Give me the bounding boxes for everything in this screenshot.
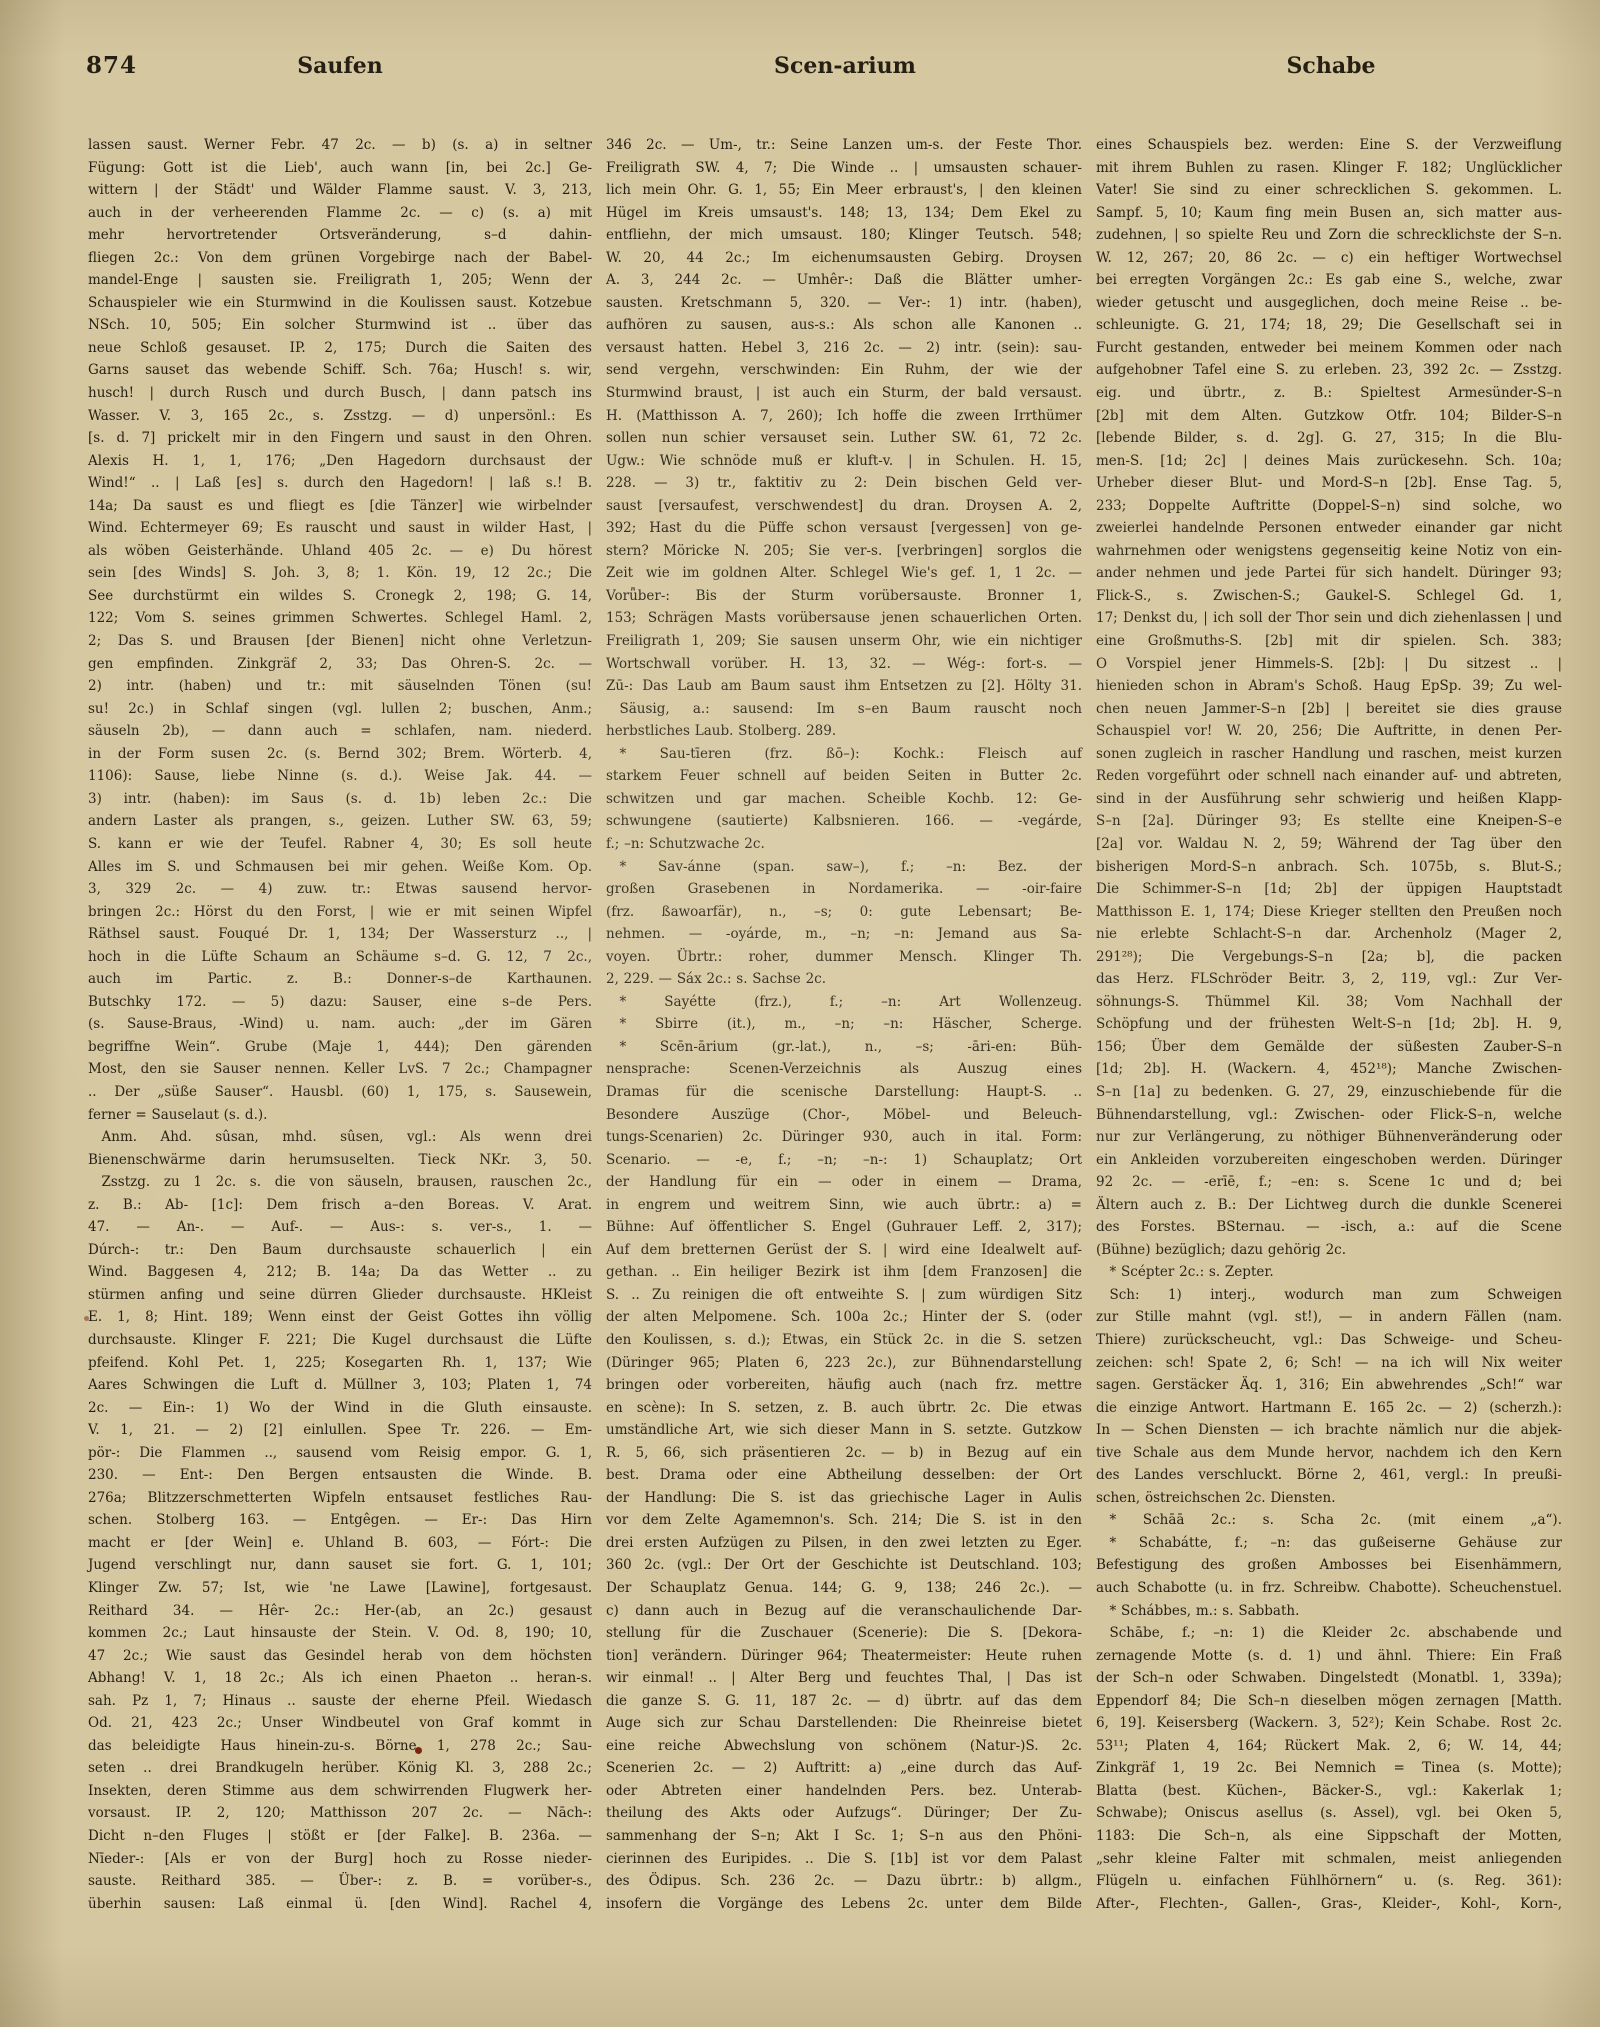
text-line: hoch in die Lüfte Schaum an Schäume s–d.… [88,946,592,969]
text-line: Wortschwall vorüber. H. 13, 32. — Wég-: … [606,653,1082,676]
text-line: pör-: Die Flammen .., sausend vom Reisig… [88,1442,592,1465]
text-line: Furcht gestanden, entweder bei meinem Ko… [1096,337,1562,360]
text-line: Eppendorf 84; Die Sch–n dieselben mögen … [1096,1690,1562,1713]
text-line: (s. Sause-Braus, -Wind) u. nam. auch: „d… [88,1013,592,1036]
text-line: sein [des Winds] S. Joh. 3, 8; 1. Kön. 1… [88,562,592,585]
text-line: die ganze S. G. 11, 187 2c. — d) übrtr. … [606,1690,1082,1713]
text-line: bringen oder vorbereiten, häufig auch (n… [606,1374,1082,1397]
text-line: S–n [1a] zu bedenken. G. 27, 29, einzusc… [1096,1081,1562,1104]
text-line: Zū-: Das Laub am Baum saust ihm Entsetze… [606,675,1082,698]
text-line: schen, östreichschen 2c. Diensten. [1096,1487,1562,1510]
text-line: Ugw.: Wie schnöde muß er kluft-v. | in S… [606,450,1082,473]
text-line: S. kann er wie der Teufel. Rabner 4, 30;… [88,833,592,856]
text-line: das Herz. FLSchröder Beitr. 3, 2, 119, v… [1096,968,1562,991]
text-line: nensprache: Scenen-Verzeichnis als Auszu… [606,1058,1082,1081]
text-line: Anm. Ahd. sûsan, mhd. sûsen, vgl.: Als w… [88,1126,592,1149]
text-line: * Schábbes, m.: s. Sabbath. [1096,1600,1562,1623]
text-line: überhin sausen: Laß einmal ü. [den Wind]… [88,1893,592,1916]
text-line: Freiligrath 1, 209; Sie sausen unserm Oh… [606,630,1082,653]
text-line: W. 12, 267; 20, 86 2c. — c) ein heftiger… [1096,247,1562,270]
text-line: Ältern auch z. B.: Der Lichtweg durch di… [1096,1194,1562,1217]
text-line: sammenhang der S–n; Akt I Sc. 1; S–n aus… [606,1825,1082,1848]
text-column-1: lassen saust. Werner Febr. 47 2c. — b) (… [88,134,592,1915]
guide-word-right: Schabe [1287,53,1376,79]
text-line: nehmen. — -oyárde, m., –n; –n: Jemand au… [606,923,1082,946]
text-line: bisherigen Mord-S–n anbrach. Sch. 1075b,… [1096,856,1562,879]
text-line: 6, 19]. Keisersberg (Wackern. 3, 52²); K… [1096,1712,1562,1735]
text-line: sauste. Reithard 385. — Über-: z. B. = v… [88,1870,592,1893]
text-line: [lebende Bilder, s. d. 2g]. G. 27, 315; … [1096,427,1562,450]
text-line: gen empfinden. Zinkgräf 2, 33; Das Ohren… [88,653,592,676]
text-line: stürmen anfing und seine dürren Glieder … [88,1284,592,1307]
text-line: versaust hatten. Hebel 3, 216 2c. — 2) i… [606,337,1082,360]
text-line: See durchstürmt ein wildes S. Cronegk 2,… [88,585,592,608]
text-line: eine Großmuths-S. [2b] mit dir spielen. … [1096,630,1562,653]
text-line: NSch. 10, 505; Ein solcher Sturmwind ist… [88,314,592,337]
text-line: des Forstes. BSternau. — -isch, a.: auf … [1096,1216,1562,1239]
text-line: Dúrch-: tr.: Den Baum durchsauste schaue… [88,1239,592,1262]
text-line: mandel-Enge | sausten sie. Freiligrath 1… [88,269,592,292]
text-line: wahrnehmen oder wenigstens gegenseitig k… [1096,540,1562,563]
running-head: 874 Saufen Scen-arium Schabe [0,52,1600,86]
text-line: Blatta (best. Küchen-, Bäcker-S., vgl.: … [1096,1780,1562,1803]
text-line: der Handlung für ein — oder in einem — D… [606,1171,1082,1194]
text-line: sausten. Kretschmann 5, 320. — Ver-: 1) … [606,292,1082,315]
text-line: (Bühne) bezüglich; dazu gehörig 2c. [1096,1239,1562,1262]
text-line: die einzige Antwort. Hartmann E. 165 2c.… [1096,1397,1562,1420]
text-line: 1183: Die Sch–n, als eine Sippschaft der… [1096,1825,1562,1848]
text-line: lich mein Ohr. G. 1, 55; Ein Meer erbrau… [606,179,1082,202]
text-line: aufgehobner Tafel eine S. zu erleben. 23… [1096,359,1562,382]
text-line: 360 2c. (vgl.: Der Ort der Geschichte is… [606,1554,1082,1577]
text-line: en scène): In S. setzen, z. B. auch übrt… [606,1397,1082,1420]
text-line: Wind. Echtermeyer 69; Es rauscht und sau… [88,517,592,540]
text-line: auch Schabotte (u. in frz. Schreibw. Cha… [1096,1577,1562,1600]
text-line: 153; Schrägen Masts vorübersause jenen s… [606,607,1082,630]
text-column-3: eines Schauspiels bez. werden: Eine S. d… [1096,134,1562,1915]
text-line: des Landes verschluckt. Börne 2, 461, ve… [1096,1464,1562,1487]
text-line: zernagende Motte (s. d. 1) und ähnl. Thi… [1096,1645,1562,1668]
text-line: 228. — 3) tr., faktitiv zu 2: Dein bisch… [606,472,1082,495]
text-line: * Scēn-ārium (gr.-lat.), n., –s; -āri-en… [606,1036,1082,1059]
text-line: eine reiche Abwechslung von schönem (Nat… [606,1735,1082,1758]
text-line: E. 1, 8; Hint. 189; Wenn einst der Geist… [88,1306,592,1329]
text-line: tion] verändern. Düringer 964; Theaterme… [606,1645,1082,1668]
text-line: 2; Das S. und Brausen [der Bienen] nicht… [88,630,592,653]
text-line: durchsauste. Klinger F. 221; Die Kugel d… [88,1329,592,1352]
text-line: Sampf. 5, 10; Kaum fing mein Busen an, s… [1096,202,1562,225]
text-line: gethan. .. Ein heiliger Bezirk ist ihm [… [606,1261,1082,1284]
text-line: tive Schale aus dem Munde hervor, nachde… [1096,1442,1562,1465]
text-line: Butschky 172. — 5) dazu: Sauser, eine s–… [88,991,592,1014]
text-line: stern? Möricke N. 205; Sie ver-s. [verbr… [606,540,1082,563]
text-line: Schwabe); Oniscus asellus (s. Assel), vg… [1096,1802,1562,1825]
text-line: [2a] vor. Waldau N. 2, 59; Während der T… [1096,833,1562,856]
text-line: Bühne: Auf öffentlicher S. Engel (Guhrau… [606,1216,1082,1239]
text-line: Dramas für die scenische Darstellung: Ha… [606,1081,1082,1104]
text-line: Zsstzg. zu 1 2c. s. die von säuseln, bra… [88,1171,592,1194]
text-line: Auge sich zur Schau Darstellenden: Die R… [606,1712,1082,1735]
text-line: sah. Pz 1, 7; Hinaus .. sauste der ehern… [88,1690,592,1713]
text-line: umständliche Art, wie sich dieser Mann i… [606,1419,1082,1442]
text-line: Reden vorgeführt oder schnell nach einan… [1096,765,1562,788]
text-line: fliegen 2c.: Von dem grünen Vorgebirge n… [88,247,592,270]
text-line: bei erregten Vorgängen 2c.: Es gab eine … [1096,269,1562,292]
text-line: Most, den sie Sauser nennen. Keller LvS.… [88,1058,592,1081]
text-line: Alles im S. und Schmausen bei mir gehen.… [88,856,592,879]
text-line: Schauspieler wie ein Sturmwind in die Ko… [88,292,592,315]
text-line: Wind!“ .. | Laß [es] s. durch den Hagedo… [88,472,592,495]
text-line: als wöben Geisterhände. Uhland 405 2c. —… [88,540,592,563]
text-line: neue Schloß gesauset. IP. 2, 175; Durch … [88,337,592,360]
guide-word-center: Scen-arium [774,53,916,79]
text-line: In — Schen Diensten — ich brachte nämlic… [1096,1419,1562,1442]
text-line: nur zur Verlängerung, zu nöthiger Bühnen… [1096,1126,1562,1149]
text-line: (Düringer 965; Platen 6, 223 2c.), zur B… [606,1352,1082,1375]
text-line: Fügung: Gott ist die Lieb', auch wann [i… [88,157,592,180]
text-line: Sturmwind braust, | ist auch ein Sturm, … [606,382,1082,405]
text-line: * Schāā 2c.: s. Scha 2c. (mit einem „a“)… [1096,1509,1562,1532]
text-line: Zeit wie im goldnen Alter. Schlegel Wie'… [606,562,1082,585]
text-line: schleunigte. G. 21, 174; 18, 29; Die Ges… [1096,314,1562,337]
text-line: Hügel im Kreis umsaust's. 148; 13, 134; … [606,202,1082,225]
text-line: * Schabátte, f.; –n: das gußeiserne Gehä… [1096,1532,1562,1555]
text-line: sind in der Ausführung sehr schwierig un… [1096,788,1562,811]
text-line: 2c. — Ein-: 1) Wo der Wind in die Gluth … [88,1397,592,1420]
guide-word-left: Saufen [297,53,383,79]
text-line: chen neuen Jammer-S–n [2b] | bereitet si… [1096,698,1562,721]
text-line: * Sau-tīeren (frz. ßō–): Kochk.: Fleisch… [606,743,1082,766]
text-line: sollen nun schier versauset sein. Luther… [606,427,1082,450]
text-line: das beleidigte Haus hinein-zu-s. Börne 1… [88,1735,592,1758]
text-line: 2, 229. — Sáx 2c.: s. Sachse 2c. [606,968,1082,991]
text-line: mehr hervortretender Ortsveränderung, s–… [88,224,592,247]
text-line: * Sayétte (frz.), f.; –n: Art Wollenzeug… [606,991,1082,1014]
text-line: Sch: 1) interj., wodurch man zum Schweig… [1096,1284,1562,1307]
text-line: 3, 329 2c. — 4) zuw. tr.: Etwas sausend … [88,878,592,901]
text-line: Vater! Sie sind zu einer schrecklichen S… [1096,179,1562,202]
text-line: Wasser. V. 3, 165 2c., s. Zsstzg. — d) u… [88,405,592,428]
text-line: eig. und übrtr., z. B.: Spieltest Armesü… [1096,382,1562,405]
text-line: 1106): Sause, liebe Ninne (s. d.). Weise… [88,765,592,788]
text-line: W. 20, 44 2c.; Im eichenumsausten Gebirg… [606,247,1082,270]
text-line: drei ersten Aufzügen zu Pilsen, in den z… [606,1532,1082,1555]
text-column-2: 346 2c. — Um-, tr.: Seine Lanzen um-s. d… [606,134,1082,1915]
text-line: S. .. Zu reinigen die oft entweihte S. |… [606,1284,1082,1307]
text-line: der alten Melpomene. Sch. 100a 2c.; Hint… [606,1306,1082,1329]
text-line: Scenario. — -e, f.; –n; –n-: 1) Schaupla… [606,1149,1082,1172]
text-line: lassen saust. Werner Febr. 47 2c. — b) (… [88,134,592,157]
text-line: Zinkgräf 1, 19 2c. Bei Nemnich = Tinea (… [1096,1757,1562,1780]
text-line: Garns sauset das webende Schiff. Sch. 76… [88,359,592,382]
text-line: schwungene (sautierte) Kalbsnieren. 166.… [606,810,1082,833]
text-line: (frz. ßawoarfär), n., –s; 0: gute Lebens… [606,901,1082,924]
text-line: husch! | durch Rusch und durch Busch, | … [88,382,592,405]
text-line: Abhang! V. 1, 18 2c.; Als ich einen Phae… [88,1667,592,1690]
text-line: z. B.: Ab- [1c]: Dem frisch a–den Boreas… [88,1194,592,1217]
text-line: 122; Vom S. seines grimmen Schwertes. Sc… [88,607,592,630]
text-line: Nīeder-: [Als er von der Burg] hoch zu R… [88,1848,592,1871]
text-line: andern Laster als prangen, s., geizen. L… [88,810,592,833]
text-line: [1d; 2b]. H. (Wackern. 4, 452¹⁸); Manche… [1096,1058,1562,1081]
text-line: Befestigung des großen Ambosses bei Eise… [1096,1554,1562,1577]
text-line: wieder getuscht und ausgeglichen, doch m… [1096,292,1562,315]
text-line: c) dann auch in Bezug auf die veranschau… [606,1600,1082,1623]
text-line: 233; Doppelte Auftritte (Doppel-S–n) sin… [1096,495,1562,518]
text-line: theilung des Akts oder Aufzugs“. Düringe… [606,1802,1082,1825]
text-line: ferner = Sauselaut (s. d.). [88,1104,592,1127]
text-line: Schābe, f.; –n: 1) die Kleider 2c. absch… [1096,1622,1562,1645]
text-line: macht er [der Wein] e. Uhland B. 603, — … [88,1532,592,1555]
text-line: auch in der verheerenden Flamme 2c. — c)… [88,202,592,225]
text-line: Jugend verschlingt nur, dann sauset sie … [88,1554,592,1577]
text-line: 92 2c. — -erīē, f.; –en: s. Scene 1c und… [1096,1171,1562,1194]
text-line: f.; –n: Schutzwache 2c. [606,833,1082,856]
text-line: 53¹¹; Platen 4, 164; Rückert Mak. 2, 6; … [1096,1735,1562,1758]
text-line: After-, Flechten-, Gallen-, Gras-, Kleid… [1096,1893,1562,1916]
text-line: Od. 21, 423 2c.; Unser Windbeutel von Gr… [88,1712,592,1735]
text-line: großen Grasebenen in Nordamerika. — -oir… [606,878,1082,901]
text-line: der Handlung: Die S. ist das griechische… [606,1487,1082,1510]
text-line: pfeifend. Kohl Pet. 1, 225; Kosegarten R… [88,1352,592,1375]
text-line: ein Ankleiden vorzubereiten eingeschoben… [1096,1149,1562,1172]
text-line: Urheber dieser Blut- und Mord-S–n [2b]. … [1096,472,1562,495]
text-line: söhnungs-S. Thümmel Kil. 38; Vom Nachhal… [1096,991,1562,1014]
text-line: 2) intr. (haben) und tr.: mit säuselnden… [88,675,592,698]
text-line: V. 1, 21. — 2) [2] einlullen. Spee Tr. 2… [88,1419,592,1442]
text-line: 47 2c.; Wie saust das Gesindel herab von… [88,1645,592,1668]
text-line: H. (Matthisson A. 7, 260); Ich hoffe die… [606,405,1082,428]
text-line: hienieden schon in Abram's Schoß. Haug E… [1096,675,1562,698]
text-line: send vergehn, verschwinden: Ein Ruhm, de… [606,359,1082,382]
text-line: nie erlebte Schlacht-S–n dar. Archenholz… [1096,923,1562,946]
text-line: O Vorspiel jener Himmels-S. [2b]: | Du s… [1096,653,1562,676]
text-line: zur Stille mahnt (vgl. st!), — in andern… [1096,1306,1562,1329]
text-line: Bienenschwärme darin herumsuselten. Tiec… [88,1149,592,1172]
text-line: Matthisson E. 1, 174; Diese Krieger stel… [1096,901,1562,924]
text-line: voyen. Übrtr.: roher, dummer Mensch. Kli… [606,946,1082,969]
ink-speck [84,1316,89,1321]
text-line: der Sch–n oder Schwaben. Dingelstedt (Mo… [1096,1667,1562,1690]
text-line: Thiere) zurückscheucht, vgl.: Das Schwei… [1096,1329,1562,1352]
text-line: Reithard 34. — Hêr- 2c.: Her-(ab, an 2c.… [88,1600,592,1623]
text-line: Die Schimmer-S–n [1d; 2b] der üppigen Ha… [1096,878,1562,901]
text-line: men-S. [1d; 2c] | deines Mais zurückeseh… [1096,450,1562,473]
text-line: * Sav-ánne (span. saw–), f.; –n: Bez. de… [606,856,1082,879]
text-line: oder Abtreten einer handelnden Pers. bez… [606,1780,1082,1803]
text-line: Scenerien 2c. — 2) Auftritt: a) „eine du… [606,1757,1082,1780]
text-line: bringen 2c.: Hörst du den Forst, | wie e… [88,901,592,924]
text-line: 17; Denkst du, | ich soll der Thor sein … [1096,607,1562,630]
text-line: Schauspiel vor! W. 20, 256; Die Auftritt… [1096,720,1562,743]
text-line: des Ödipus. Sch. 236 2c. — Dazu übrtr.: … [606,1870,1082,1893]
text-line: 291²⁸); Die Vergebungs-S–n [2a; b], die … [1096,946,1562,969]
text-line: zudehnen, | so spielte Reu und Zorn die … [1096,224,1562,247]
text-line: Dicht n–den Fluges | stößt er [der Falke… [88,1825,592,1848]
text-line: Aares Schwingen die Luft d. Müllner 3, 1… [88,1374,592,1397]
text-line: cierinnen des Euripides. .. Die S. [1b] … [606,1848,1082,1871]
text-line: Der Schauplatz Genua. 144; G. 9, 138; 24… [606,1577,1082,1600]
text-line: A. 3, 244 2c. — Umhêr-: Daß die Blätter … [606,269,1082,292]
text-line: seten .. drei Brandkugeln herüber. König… [88,1757,592,1780]
text-line: Bühnendarstellung, vgl.: Zwischen- oder … [1096,1104,1562,1127]
text-line: kommen 2c.; Laut hinsauste der Stein. V.… [88,1622,592,1645]
text-line: entfliehn, der mich umsaust. 180; Klinge… [606,224,1082,247]
text-line: best. Drama oder eine Abtheilung desselb… [606,1464,1082,1487]
text-line: schen. Stolberg 163. — Entgêgen. — Er-: … [88,1509,592,1532]
text-line: ander nehmen und jede Partei für sich ha… [1096,562,1562,585]
text-line: 346 2c. — Um-, tr.: Seine Lanzen um-s. d… [606,134,1082,157]
ink-speck [415,1747,422,1754]
text-line: S–n [2a]. Düringer 93; Es stellte eine K… [1096,810,1562,833]
text-line: begriffne Wein“. Grube (Maje 1, 444); De… [88,1036,592,1059]
text-line: zweierlei handelnde Personen entweder ei… [1096,517,1562,540]
text-line: Säusig, a.: sausend: Im s–en Baum rausch… [606,698,1082,721]
text-line: Besondere Auszüge (Chor-, Möbel- und Bel… [606,1104,1082,1127]
text-line: sonen zugleich in rascher Handlung und r… [1096,743,1562,766]
text-line: 47. — An-. — Auf-. — Aus-: s. ver-s., 1.… [88,1216,592,1239]
text-line: starkem Feuer schnell auf beiden Seiten … [606,765,1082,788]
text-line: saust [versaufest, verschwendest] du dra… [606,495,1082,518]
text-line: .. Der „süße Sauser“. Hausbl. (60) 1, 17… [88,1081,592,1104]
text-line: 156; Über dem Gemälde der süßesten Zaube… [1096,1036,1562,1059]
text-line: * Sbirre (it.), m., –n; –n: Häscher, Sch… [606,1013,1082,1036]
text-line: Wind. Baggesen 4, 212; B. 14a; Da das We… [88,1261,592,1284]
text-line: Klinger Zw. 57; Ist, wie 'ne Lawe [Lawin… [88,1577,592,1600]
text-line: R. 5, 66, sich präsentieren 2c. — b) in … [606,1442,1082,1465]
text-line: mit ihrem Buhlen zu rasen. Klinger F. 18… [1096,157,1562,180]
text-line: herbstliches Laub. Stolberg. 289. [606,720,1082,743]
text-line: in engrem und weitrem Sinn, wie auch übr… [606,1194,1082,1217]
text-line: Freiligrath SW. 4, 7; Die Winde .. | ums… [606,157,1082,180]
text-line: sagen. Gerstäcker Äq. 1, 316; Ein abwehr… [1096,1374,1562,1397]
text-line: vor dem Zelte Agamemnon's. Sch. 214; Die… [606,1509,1082,1532]
text-line: 14a; Da saust es und fliegt es [die Tänz… [88,495,592,518]
text-line: [s. d. 7] prickelt mir in den Fingern un… [88,427,592,450]
text-line: auch im Partic. z. B.: Donner-s–de Karth… [88,968,592,991]
text-line: Insekten, deren Stimme aus dem schwirren… [88,1780,592,1803]
text-line: Schöpfung und der frühesten Welt-S–n [1d… [1096,1013,1562,1036]
text-line: Räthsel saust. Fouqué Dr. 1, 134; Der Wa… [88,923,592,946]
text-line: zeichen: sch! Spate 2, 6; Sch! — na ich … [1096,1352,1562,1375]
text-line: aufhören zu sausen, aus-s.: Als schon al… [606,314,1082,337]
text-line: Alexis H. 1, 1, 176; „Den Hagedorn durch… [88,450,592,473]
text-line: 3) intr. (haben): im Saus (s. d. 1b) leb… [88,788,592,811]
text-line: Flick-S., s. Zwischen-S.; Gaukel-S. Schl… [1096,585,1562,608]
text-line: „sehr kleine Falter mit schmalen, meist … [1096,1848,1562,1871]
text-line: [2b] mit dem Alten. Gutzkow Otfr. 104; B… [1096,405,1562,428]
text-line: tungs-Scenarien) 2c. Düringer 930, auch … [606,1126,1082,1149]
text-line: eines Schauspiels bez. werden: Eine S. d… [1096,134,1562,157]
text-line: stellung für die Zuschauer (Scenerie): D… [606,1622,1082,1645]
text-line: wir einmal! .. | Alter Berg und feuchtes… [606,1667,1082,1690]
text-line: den Koulissen, s. d.); Etwas, ein Stück … [606,1329,1082,1352]
text-line: Flügeln u. einfachen Fühlhörnern“ u. (s.… [1096,1870,1562,1893]
text-line: insofern die Vorgänge des Lebens 2c. unt… [606,1893,1082,1916]
page-number: 874 [86,52,137,79]
text-line: vorsaust. IP. 2, 120; Matthisson 207 2c.… [88,1802,592,1825]
text-line: 276a; Blitzzerschmetterten Wipfeln entsa… [88,1487,592,1510]
text-line: * Scépter 2c.: s. Zepter. [1096,1261,1562,1284]
text-line: Auf dem bretternen Gerüst der S. | wird … [606,1239,1082,1262]
text-line: schwitzen und gar machen. Scheible Kochb… [606,788,1082,811]
text-line: wittern | der Städt' und Wälder Flamme s… [88,179,592,202]
text-line: 392; Hast du die Püffe schon versaust [v… [606,517,1082,540]
text-line: Vorǖber-: Bis der Sturm vorübersauste. B… [606,585,1082,608]
text-line: in der Form susen 2c. (s. Bernd 302; Bre… [88,743,592,766]
text-line: säuseln 2b), — dann auch = schlafen, nam… [88,720,592,743]
text-line: su! 2c.) in Schlaf singen (vgl. lullen 2… [88,698,592,721]
text-line: 230. — Ent-: Den Bergen entsausten die W… [88,1464,592,1487]
